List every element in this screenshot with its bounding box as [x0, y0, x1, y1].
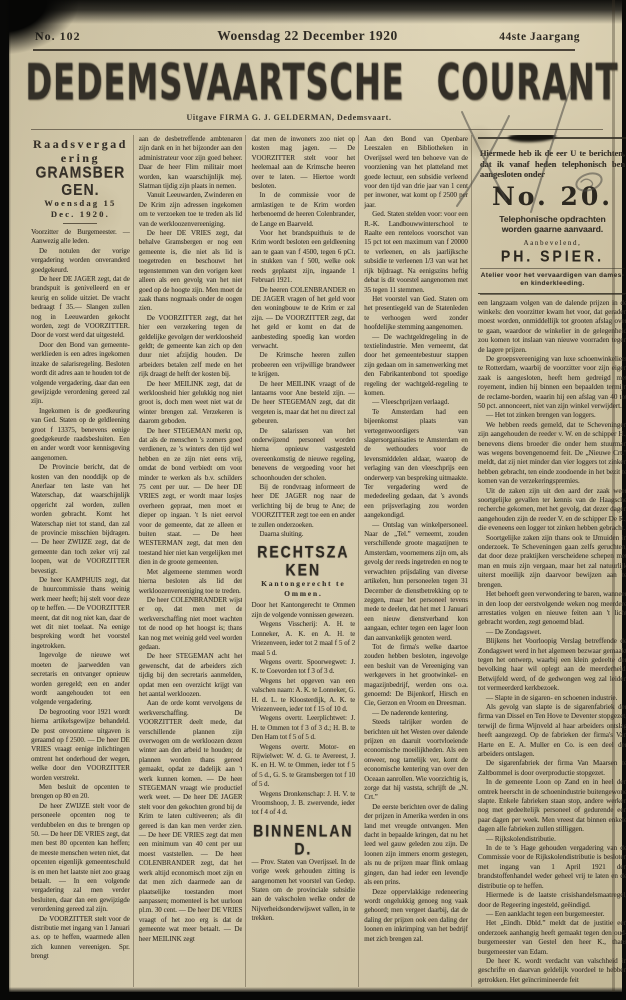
paragraph: Aan de orde komt vervolgens de werkversc…	[139, 699, 243, 944]
advert-spier: Hiermede heb ik de eer U te berichten, d…	[478, 137, 626, 294]
paragraph: Blijkens het Voorloopig Verslag betreffe…	[478, 637, 626, 693]
paragraph: Ged. Staten stelden voor: voor een R.-K.…	[364, 210, 468, 295]
paragraph: dat men de inwoners zoo niet op kosten m…	[251, 135, 355, 191]
paragraph: De heer K. wordt verdacht van valschheid…	[478, 957, 626, 985]
volume-number: 44ste Jaargang	[444, 31, 580, 43]
paragraph: Wegens overtr. Spoorwegwet: J. K. te Coe…	[251, 658, 355, 677]
paragraph: Het voorstel van Ged. Staten om het pres…	[364, 295, 468, 333]
court-subheading: Kantongerecht te Ommen.	[251, 579, 355, 599]
paragraph: De heeren COLENBRANDER en DE JAGER vrage…	[251, 286, 355, 352]
paragraph: Men besluit de opcenten te brengen op 80…	[31, 783, 130, 802]
column-1: RaadsvergaderingGRAMSBERGEN.Woensdag 15 …	[31, 135, 130, 987]
paragraph: De heer MEILINK zegt, dat de werklooshei…	[139, 380, 243, 427]
paragraph: De heer STEGEMAN merkt op, dat als de me…	[139, 427, 243, 568]
paragraph: — Een aanklacht tegen een burgemeester.	[478, 910, 626, 919]
paragraph: De heer COLENBRANDER wijst er op, dat me…	[139, 596, 243, 652]
paragraph: Aan den Bond van Openbare Leeszalen en B…	[364, 135, 468, 210]
paragraph: — De Zondagswet.	[478, 628, 626, 637]
paragraph: Als gevolg van slapte is de sigarenfabri…	[478, 703, 626, 759]
page-fold-line	[612, 0, 615, 992]
paragraph: Wegens Visscherij: A. H. te Lonneker, A.…	[251, 620, 355, 658]
scan-edge-left	[0, 0, 11, 1000]
paragraph: Het behoeft geen verwondering te baren, …	[478, 590, 626, 628]
paragraph: aan de desbetreffende ambtenaren zijn da…	[139, 135, 243, 191]
paragraph: — Slapte in de sigaren- en schoenen indu…	[478, 694, 626, 703]
paragraph: Het „Eindh. Dbld.” meldt dat de justitie…	[478, 919, 626, 957]
header-rule	[33, 49, 575, 51]
column-2: aan de desbetreffende ambtenaren zijn da…	[133, 135, 243, 987]
paragraph: Daarna sluiting.	[251, 530, 355, 539]
paragraph: De begrooting voor 1921 wordt hierna art…	[31, 708, 130, 783]
paragraph: Vanuit Leeuwarden, Zwinderen en De Krim …	[139, 191, 243, 229]
paragraph: een langzaam volgen van de dalende prijz…	[478, 299, 626, 355]
paragraph: De groepsvereeniging van luxe schoenwink…	[478, 355, 626, 411]
paragraph: Wegens overtr. Motor- en Rijwielwet: W. …	[251, 743, 355, 790]
paragraph: In de gemeente Loon op Zand en in heel d…	[478, 778, 626, 834]
paragraph: De VOORZITTER stelt voor de distributie …	[31, 915, 130, 962]
masthead-imprint: Uitgave FIRMA G. J. GELDERMAN, Dedemsvaa…	[9, 113, 569, 122]
paragraph: De heer KAMPHUIS zegt, dat de huurcommis…	[31, 576, 130, 651]
scan-edge-bottom	[0, 987, 626, 1000]
paragraph: De heer DE VRIES zegt, dat behalve Grams…	[139, 229, 243, 314]
paragraph: — Ontslag van winkelpersoneel. Naar de „…	[364, 521, 468, 643]
paragraph: De VOORZITTER zegt, dat het hier een ver…	[139, 314, 243, 380]
paragraph: De notulen der vorige vergadering worden…	[31, 247, 130, 275]
paragraph: Uit de zaken zijn uit den aard der zaak …	[478, 487, 626, 534]
advert-footer: Atelier voor het vervaardigen van dames-…	[480, 268, 625, 288]
paragraph: De eerste berichten over de daling der p…	[364, 803, 468, 888]
column-5: Hiermede heb ik de eer U te berichten, d…	[471, 135, 626, 987]
paragraph: Ingekomen is de goedkeuring van Ged. Sta…	[31, 407, 130, 463]
paragraph: De Krimsche heeren zullen probeeren een …	[251, 351, 355, 379]
newspaper-page: No. 102 Woensdag 22 December 1920 44ste …	[9, 0, 622, 992]
paragraph: Soortgelijke zaken zijn thans ook te IJm…	[478, 534, 626, 590]
header-row: No. 102 Woensdag 22 December 1920 44ste …	[35, 28, 580, 44]
paragraph: In de te 's Hage gehouden vergadering va…	[478, 844, 626, 891]
paragraph: Met algemeene stemmen wordt hierna beslo…	[139, 568, 243, 596]
column-3: dat men de inwoners zoo niet op kosten m…	[245, 135, 355, 987]
paragraph: — Vleeschprijzen verlaagd.	[364, 398, 468, 407]
paragraph: Wegens het opgeven van een valschen naam…	[251, 677, 355, 715]
paragraph: Door het Kantongerecht te Ommen zijn de …	[251, 601, 355, 620]
paragraph: — Prov. Staten van Overijssel. In de vor…	[251, 858, 355, 924]
imprint-rule	[31, 129, 603, 130]
paragraph: Deze oppervlakkige redeneering wordt ong…	[364, 888, 468, 944]
paragraph: Te Amsterdam had een bijeenkomst plaats …	[364, 408, 468, 521]
paragraph: Bij de rondvraag informeert de heer DE J…	[251, 483, 355, 530]
rule-divider	[63, 223, 97, 224]
article-heading: Raadsvergadering	[31, 137, 130, 165]
masthead-title: DEDEMSVAARTSCHE COURANT	[9, 56, 626, 109]
paragraph: — Het tot zinken brengen van loggers.	[478, 411, 626, 420]
paragraph: Steeds talrijker worden de berichten uit…	[364, 718, 468, 803]
article-town-heading: GRAMSBERGEN.	[31, 164, 130, 199]
advert-closing: Aanbevelend,	[480, 239, 625, 247]
paragraph: Voor het brandspuithuis te de Krim wordt…	[251, 229, 355, 285]
paragraph: In de commissie voor de armlastigen te d…	[251, 191, 355, 229]
paragraph: — Rijkskolendistributie.	[478, 835, 626, 844]
scan-edge-top	[0, 0, 626, 24]
paragraph: Door den Bond van gemeente-werklieden is…	[31, 341, 130, 407]
paragraph: Voorzitter de Burgemeester. — Aanwezig a…	[31, 228, 130, 247]
advert-name: PH. SPIER.	[480, 247, 625, 265]
advert-orders-line: Telephonische opdrachten worden gaarne a…	[484, 214, 621, 235]
paragraph: De heer DE JAGER zegt, dat de brandspuit…	[31, 275, 130, 341]
paragraph: Ingevolge de nieuwe wet moeten de jaarwe…	[31, 651, 130, 707]
column-4: Aan den Bond van Openbare Leeszalen en B…	[358, 135, 468, 987]
paragraph: De salarissen van het onderwijzend perso…	[251, 427, 355, 483]
paragraph: De heer MEILINK vraagt of de lantaarns v…	[251, 380, 355, 427]
section-heading: RECHTSZAKEN	[251, 543, 355, 579]
ink-smudge	[508, 135, 556, 143]
article-dateline: Woensdag 15 Dec. 1920.	[31, 198, 130, 220]
columns: RaadsvergaderingGRAMSBERGEN.Woensdag 15 …	[31, 135, 626, 987]
paragraph: — De naderende kentering.	[364, 709, 468, 718]
paragraph: De heer STEGEMAN acht het gewenscht, dat…	[139, 652, 243, 699]
paragraph: De Provincie bericht, dat de kosten van …	[31, 463, 130, 576]
paragraph: We hebben reeds gemeld, dat te Schevenin…	[478, 421, 626, 487]
paragraph: Hiermede is de laatste crisishandelsmaat…	[478, 891, 626, 910]
advert-intro: Hiermede heb ik de eer U te berichten, d…	[480, 148, 625, 180]
advert-phone-number: No. 20.	[480, 184, 625, 210]
paragraph: — De wachtgeldregeling in de textielindu…	[364, 333, 468, 399]
paragraph: De heer ZWIJZE stelt voor de personeele …	[31, 802, 130, 915]
paragraph: Tot de firma's welke daartoe zouden hebb…	[364, 643, 468, 709]
newspaper-scan: No. 102 Woensdag 22 December 1920 44ste …	[0, 0, 626, 1000]
section-heading: BINNENLAND.	[251, 822, 355, 858]
paragraph: De sigarenfabriek der firma Van Maarsen …	[478, 759, 626, 778]
paragraph: Wegens overtr. Leerplichtwet: J. H. te O…	[251, 714, 355, 742]
paragraph: Wegens Dronkenschap: J. H. V. te Vroomsh…	[251, 790, 355, 818]
edition-date: Woensdag 22 December 1920	[171, 28, 444, 44]
scan-corner-blob	[0, 0, 78, 54]
